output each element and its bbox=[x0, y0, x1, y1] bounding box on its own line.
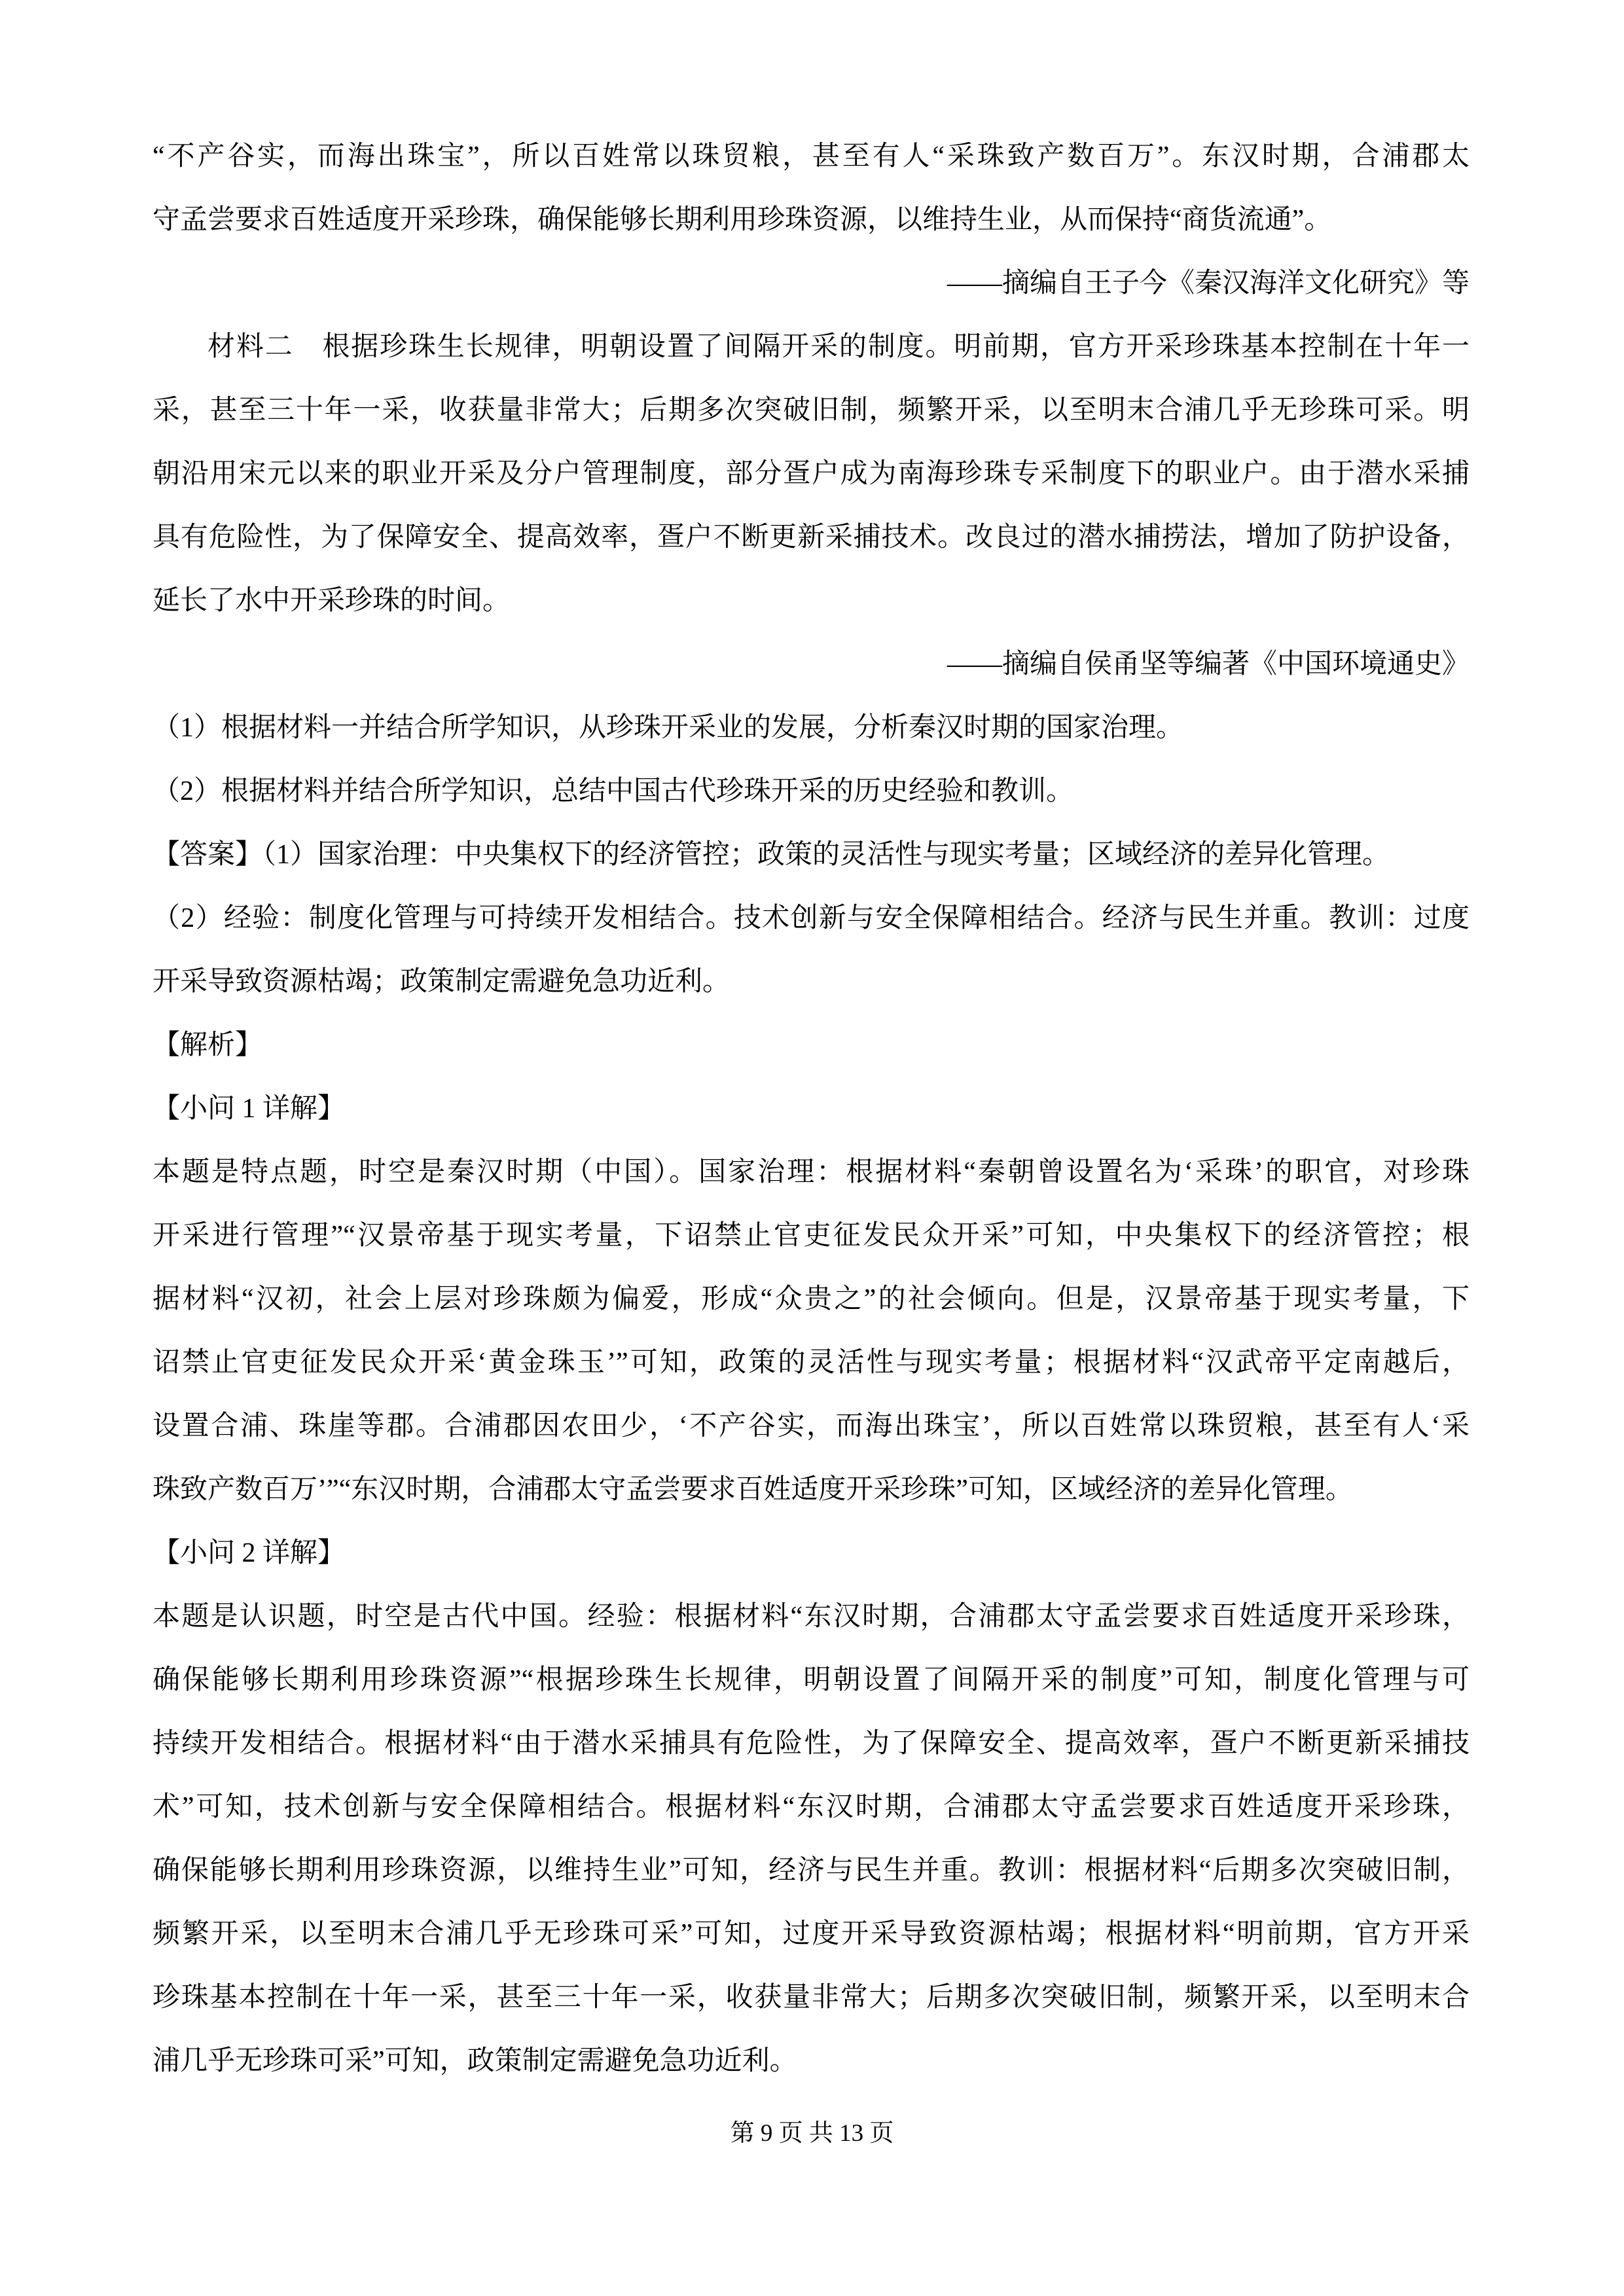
text-line: ——摘编自侯甬坚等编著《中国环境通史》 bbox=[153, 633, 1470, 696]
text-line: 采，甚至三十年一采，收获量非常大；后期多次突破旧制，频繁开采，以至明末合浦几乎无… bbox=[153, 379, 1470, 442]
text-line: 守孟尝要求百姓适度开采珍珠，确保能够长期利用珍珠资源，以维持生业，从而保持“商货… bbox=[153, 188, 1470, 252]
text-line: 开采导致资源枯竭；政策制定需避免急功近利。 bbox=[153, 950, 1470, 1014]
document-body: “不产谷实，而海出珠宝”，所以百姓常以珠贸粮，甚至有人“采珠致产数百万”。东汉时… bbox=[153, 125, 1470, 2093]
text-line: 开采进行管理”“汉景帝基于现实考量，下诏禁止官吏征发民众开采”可知，中央集权下的… bbox=[153, 1204, 1470, 1268]
text-line: 浦几乎无珍珠可采”可知，政策制定需避免急功近利。 bbox=[153, 2030, 1470, 2093]
text-line: 朝沿用宋元以来的职业开采及分户管理制度，部分疍户成为南海珍珠专采制度下的职业户。… bbox=[153, 442, 1470, 506]
text-line: 延长了水中开采珍珠的时间。 bbox=[153, 569, 1470, 633]
text-line: 珠致产数百万’”“东汉时期，合浦郡太守孟尝要求百姓适度开采珍珠”可知，区域经济的… bbox=[153, 1458, 1470, 1522]
text-line: 据材料“汉初，社会上层对珍珠颇为偏爱，形成“众贵之”的社会倾向。但是，汉景帝基于… bbox=[153, 1268, 1470, 1331]
page-footer: 第 9 页 共 13 页 bbox=[0, 2119, 1624, 2148]
text-line: 确保能够长期利用珍珠资源，以维持生业”可知，经济与民生并重。教训：根据材料“后期… bbox=[153, 1839, 1470, 1903]
text-line: 材料二 根据珍珠生长规律，明朝设置了间隔开采的制度。明前期，官方开采珍珠基本控制… bbox=[153, 315, 1470, 379]
text-line: 频繁开采，以至明末合浦几乎无珍珠可采”可知，过度开采导致资源枯竭；根据材料“明前… bbox=[153, 1903, 1470, 1966]
text-line: “不产谷实，而海出珠宝”，所以百姓常以珠贸粮，甚至有人“采珠致产数百万”。东汉时… bbox=[153, 125, 1470, 188]
text-line: 【小问 1 详解】 bbox=[153, 1077, 1470, 1141]
text-line: （1）根据材料一并结合所学知识，从珍珠开采业的发展，分析秦汉时期的国家治理。 bbox=[153, 696, 1470, 760]
text-line: （2）经验：制度化管理与可持续开发相结合。技术创新与安全保障相结合。经济与民生并… bbox=[153, 887, 1470, 950]
text-line: 珍珠基本控制在十年一采，甚至三十年一采，收获量非常大；后期多次突破旧制，频繁开采… bbox=[153, 1966, 1470, 2030]
text-line: 确保能够长期利用珍珠资源”“根据珍珠生长规律，明朝设置了间隔开采的制度”可知，制… bbox=[153, 1649, 1470, 1712]
text-line: ——摘编自王子今《秦汉海洋文化研究》等 bbox=[153, 252, 1470, 315]
text-line: 本题是特点题，时空是秦汉时期（中国）。国家治理：根据材料“秦朝曾设置名为‘采珠’… bbox=[153, 1141, 1470, 1204]
text-line: 本题是认识题，时空是古代中国。经验：根据材料“东汉时期，合浦郡太守孟尝要求百姓适… bbox=[153, 1585, 1470, 1649]
text-line: 具有危险性，为了保障安全、提高效率，疍户不断更新采捕技术。改良过的潜水捕捞法，增… bbox=[153, 506, 1470, 569]
text-line: 术”可知，技术创新与安全保障相结合。根据材料“东汉时期，合浦郡太守孟尝要求百姓适… bbox=[153, 1776, 1470, 1839]
text-line: 诏禁止官吏征发民众开采‘黄金珠玉’”可知，政策的灵活性与现实考量；根据材料“汉武… bbox=[153, 1331, 1470, 1395]
text-line: 【答案】（1）国家治理：中央集权下的经济管控；政策的灵活性与现实考量；区域经济的… bbox=[153, 823, 1470, 887]
document-page: “不产谷实，而海出珠宝”，所以百姓常以珠贸粮，甚至有人“采珠致产数百万”。东汉时… bbox=[0, 0, 1624, 2296]
text-line: 【小问 2 详解】 bbox=[153, 1522, 1470, 1585]
text-line: 设置合浦、珠崖等郡。合浦郡因农田少，‘不产谷实，而海出珠宝’，所以百姓常以珠贸粮… bbox=[153, 1395, 1470, 1458]
text-line: （2）根据材料并结合所学知识，总结中国古代珍珠开采的历史经验和教训。 bbox=[153, 760, 1470, 823]
text-line: 持续开发相结合。根据材料“由于潜水采捕具有危险性，为了保障安全、提高效率，疍户不… bbox=[153, 1712, 1470, 1776]
text-line: 【解析】 bbox=[153, 1014, 1470, 1077]
